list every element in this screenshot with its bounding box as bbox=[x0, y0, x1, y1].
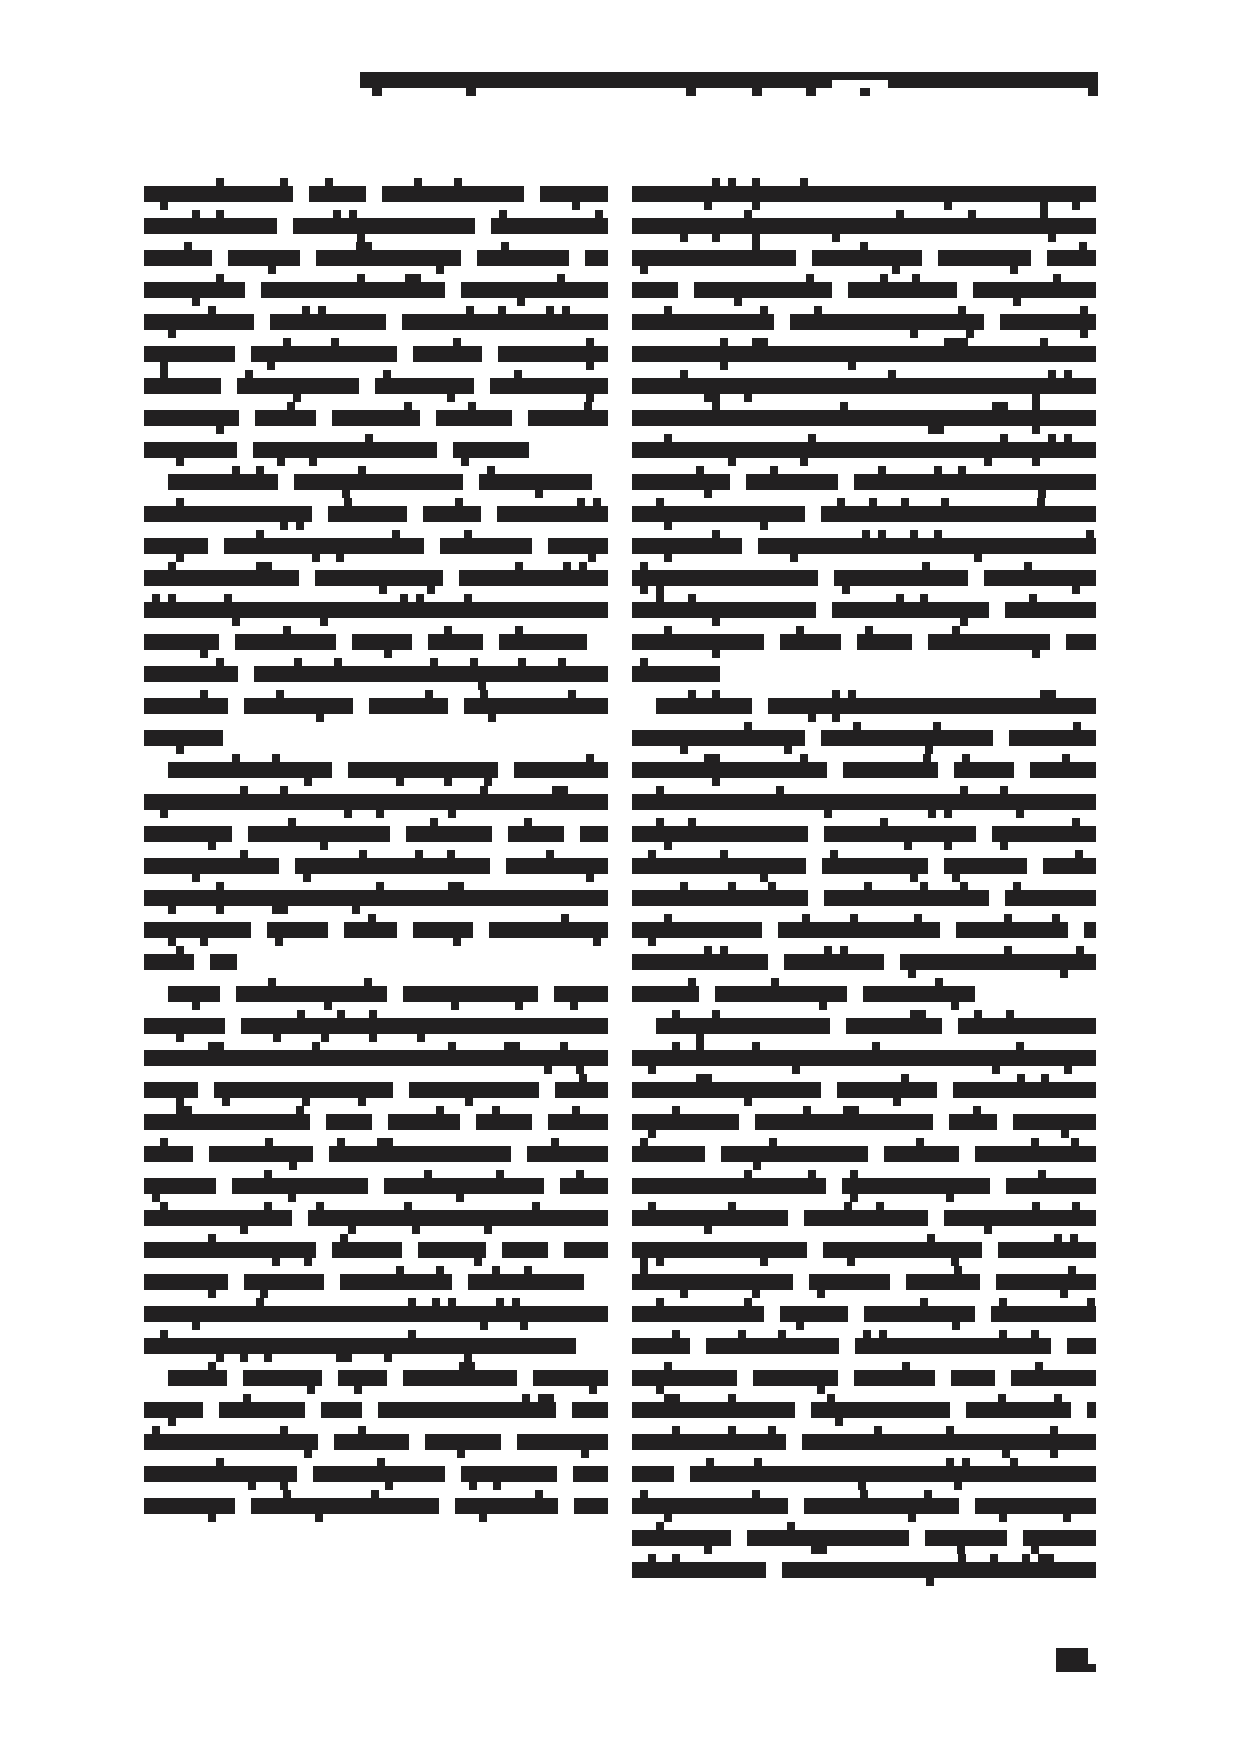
redacted-word bbox=[313, 1466, 445, 1482]
glyph-tick bbox=[424, 1170, 432, 1178]
glyph-tick bbox=[954, 1266, 962, 1274]
redacted-word bbox=[244, 698, 353, 714]
glyph-tick bbox=[796, 626, 804, 634]
glyph-tick bbox=[712, 650, 720, 658]
glyph-tick bbox=[232, 618, 240, 626]
glyph-tick bbox=[184, 1106, 192, 1114]
text-line bbox=[632, 850, 1096, 882]
glyph-tick bbox=[824, 810, 832, 818]
glyph-tick bbox=[744, 394, 752, 402]
glyph-tick bbox=[268, 978, 276, 986]
glyph-tick bbox=[383, 370, 391, 378]
redacted-word bbox=[857, 634, 912, 650]
redacted-word bbox=[144, 1466, 297, 1482]
redacted-word bbox=[403, 1370, 517, 1386]
text-line bbox=[144, 434, 608, 466]
glyph-tick bbox=[413, 274, 421, 282]
redacted-word bbox=[824, 890, 989, 906]
redacted-word bbox=[402, 314, 608, 330]
glyph-tick bbox=[307, 1386, 315, 1394]
glyph-tick bbox=[518, 658, 526, 666]
glyph-tick bbox=[1031, 1546, 1039, 1554]
glyph-tick bbox=[356, 242, 364, 250]
redacted-word bbox=[219, 1402, 305, 1418]
redacted-word bbox=[573, 1466, 608, 1482]
redacted-word bbox=[632, 602, 816, 618]
glyph-tick bbox=[276, 690, 284, 698]
glyph-tick bbox=[264, 1354, 272, 1362]
redacted-word bbox=[144, 666, 238, 682]
running-header-redacted-block bbox=[360, 72, 832, 88]
glyph-tick bbox=[974, 1010, 982, 1018]
glyph-tick bbox=[832, 714, 840, 722]
glyph-tick bbox=[240, 1226, 248, 1234]
glyph-tick bbox=[853, 722, 861, 730]
glyph-tick bbox=[479, 1514, 487, 1522]
glyph-tick bbox=[208, 1290, 216, 1298]
redacted-word bbox=[975, 1146, 1096, 1162]
redacted-word bbox=[632, 954, 768, 970]
glyph-tick bbox=[448, 810, 456, 818]
glyph-tick bbox=[960, 338, 968, 346]
redacted-word bbox=[1067, 1338, 1096, 1354]
glyph-tick bbox=[302, 306, 310, 314]
glyph-tick bbox=[168, 1418, 176, 1426]
glyph-tick bbox=[696, 1042, 704, 1050]
glyph-tick bbox=[800, 754, 808, 762]
redacted-word bbox=[375, 378, 474, 394]
glyph-tick bbox=[876, 1202, 884, 1210]
redacted-word bbox=[973, 282, 1096, 298]
redacted-word bbox=[548, 1114, 608, 1130]
glyph-tick bbox=[280, 178, 288, 186]
glyph-tick bbox=[160, 202, 168, 210]
glyph-tick bbox=[1050, 1450, 1058, 1458]
glyph-tick bbox=[850, 1170, 858, 1178]
glyph-tick bbox=[640, 1258, 648, 1266]
glyph-tick bbox=[593, 498, 601, 506]
glyph-tick bbox=[1013, 298, 1021, 306]
glyph-tick bbox=[469, 1482, 477, 1490]
glyph-tick bbox=[640, 562, 648, 570]
glyph-tick bbox=[546, 306, 554, 314]
redacted-word bbox=[572, 1402, 608, 1418]
redacted-word bbox=[768, 698, 1096, 714]
glyph-tick bbox=[515, 562, 523, 570]
glyph-tick bbox=[704, 1074, 712, 1082]
glyph-tick bbox=[320, 618, 328, 626]
glyph-tick bbox=[958, 1554, 966, 1562]
redacted-word bbox=[144, 410, 239, 426]
glyph-tick bbox=[558, 658, 566, 666]
glyph-tick bbox=[984, 1226, 992, 1234]
glyph-tick bbox=[385, 1138, 393, 1146]
redacted-word bbox=[632, 890, 808, 906]
glyph-tick bbox=[752, 1042, 760, 1050]
glyph-tick bbox=[384, 650, 392, 658]
redacted-word bbox=[144, 1274, 228, 1290]
glyph-tick bbox=[784, 746, 792, 754]
glyph-tick bbox=[796, 1322, 804, 1330]
glyph-tick bbox=[256, 466, 264, 474]
glyph-tick bbox=[415, 850, 423, 858]
redacted-word bbox=[585, 250, 608, 266]
text-line bbox=[632, 210, 1096, 242]
glyph-tick bbox=[303, 874, 311, 882]
glyph-tick bbox=[560, 1042, 568, 1050]
redacted-word bbox=[632, 826, 808, 842]
redacted-word bbox=[790, 314, 984, 330]
glyph-tick bbox=[515, 1002, 523, 1010]
redacted-word bbox=[938, 250, 1031, 266]
redacted-word bbox=[144, 250, 212, 266]
redacted-word bbox=[214, 1082, 393, 1098]
glyph-tick bbox=[1072, 202, 1080, 210]
glyph-tick bbox=[1080, 330, 1088, 338]
redacted-word bbox=[489, 922, 608, 938]
redacted-word bbox=[236, 986, 387, 1002]
glyph-tick bbox=[336, 1354, 344, 1362]
redacted-word bbox=[144, 922, 251, 938]
text-line bbox=[144, 1426, 608, 1458]
redacted-word bbox=[144, 1018, 225, 1034]
glyph-tick bbox=[860, 1490, 868, 1498]
glyph-tick bbox=[640, 1138, 648, 1146]
page-number bbox=[1056, 1648, 1096, 1672]
redacted-word bbox=[721, 1146, 868, 1162]
redacted-word bbox=[508, 826, 564, 842]
redacted-word bbox=[388, 1114, 460, 1130]
glyph-tick bbox=[546, 1394, 554, 1402]
redacted-word bbox=[384, 1178, 544, 1194]
redacted-word bbox=[144, 730, 223, 746]
glyph-tick bbox=[908, 1514, 916, 1522]
glyph-tick bbox=[865, 626, 873, 634]
glyph-tick bbox=[946, 1426, 954, 1434]
glyph-tick bbox=[265, 1138, 273, 1146]
running-header-glyph-tick bbox=[806, 88, 816, 96]
redacted-word bbox=[998, 1242, 1096, 1258]
glyph-tick bbox=[912, 274, 920, 282]
glyph-tick bbox=[946, 1458, 954, 1466]
glyph-tick bbox=[844, 1202, 852, 1210]
glyph-tick bbox=[928, 426, 936, 434]
glyph-tick bbox=[152, 1426, 160, 1434]
glyph-tick bbox=[896, 210, 904, 218]
glyph-tick bbox=[334, 658, 342, 666]
glyph-tick bbox=[1037, 498, 1045, 506]
glyph-tick bbox=[858, 1482, 866, 1490]
glyph-tick bbox=[664, 914, 672, 922]
glyph-tick bbox=[920, 1298, 928, 1306]
glyph-tick bbox=[933, 722, 941, 730]
text-line bbox=[632, 786, 1096, 818]
glyph-tick bbox=[176, 1106, 184, 1114]
redacted-word bbox=[382, 186, 524, 202]
glyph-tick bbox=[999, 1330, 1007, 1338]
redacted-word bbox=[632, 1338, 690, 1354]
glyph-tick bbox=[984, 458, 992, 466]
glyph-tick bbox=[832, 234, 840, 242]
glyph-tick bbox=[814, 306, 822, 314]
glyph-tick bbox=[414, 178, 422, 186]
glyph-tick bbox=[1062, 754, 1070, 762]
redacted-word bbox=[632, 410, 1096, 426]
glyph-tick bbox=[168, 594, 176, 602]
glyph-tick bbox=[640, 658, 648, 666]
text-line bbox=[632, 882, 1096, 914]
glyph-tick bbox=[704, 946, 712, 954]
glyph-tick bbox=[840, 946, 848, 954]
glyph-tick bbox=[951, 1258, 959, 1266]
redacted-word bbox=[244, 1274, 324, 1290]
redacted-word bbox=[459, 570, 608, 586]
glyph-tick bbox=[288, 818, 296, 826]
glyph-tick bbox=[990, 1554, 998, 1562]
glyph-tick bbox=[874, 1426, 882, 1434]
glyph-tick bbox=[1040, 338, 1048, 346]
page-number-glyph bbox=[1088, 1664, 1096, 1672]
glyph-tick bbox=[283, 626, 291, 634]
redacted-word bbox=[514, 762, 608, 778]
glyph-tick bbox=[1052, 914, 1060, 922]
glyph-tick bbox=[474, 1258, 482, 1266]
glyph-tick bbox=[787, 1522, 795, 1530]
glyph-tick bbox=[321, 1034, 329, 1042]
glyph-tick bbox=[359, 850, 367, 858]
glyph-tick bbox=[318, 306, 326, 314]
glyph-tick bbox=[448, 1298, 456, 1306]
glyph-tick bbox=[1031, 1330, 1039, 1338]
text-line bbox=[144, 1362, 608, 1394]
glyph-tick bbox=[848, 362, 856, 370]
glyph-tick bbox=[920, 882, 928, 890]
glyph-tick bbox=[712, 690, 720, 698]
glyph-tick bbox=[778, 1330, 786, 1338]
text-line bbox=[632, 1362, 1096, 1394]
glyph-tick bbox=[487, 466, 495, 474]
glyph-tick bbox=[827, 1394, 835, 1402]
glyph-tick bbox=[376, 882, 384, 890]
glyph-tick bbox=[696, 466, 704, 474]
redacted-word bbox=[782, 1562, 1096, 1578]
glyph-tick bbox=[289, 1162, 297, 1170]
redacted-word bbox=[925, 1530, 1007, 1546]
glyph-tick bbox=[999, 1514, 1007, 1522]
glyph-tick bbox=[412, 1226, 420, 1234]
glyph-tick bbox=[664, 434, 672, 442]
redacted-word bbox=[555, 1082, 608, 1098]
redacted-word bbox=[144, 538, 208, 554]
redacted-word bbox=[632, 1274, 793, 1290]
glyph-tick bbox=[808, 434, 816, 442]
redacted-word bbox=[144, 1242, 316, 1258]
redacted-word bbox=[241, 1018, 608, 1034]
glyph-tick bbox=[304, 1258, 312, 1266]
glyph-tick bbox=[272, 906, 280, 914]
glyph-tick bbox=[468, 402, 476, 410]
redacted-word bbox=[409, 1082, 539, 1098]
redacted-word bbox=[846, 1018, 942, 1034]
page-number-glyph bbox=[1056, 1648, 1088, 1672]
glyph-tick bbox=[1016, 810, 1024, 818]
glyph-tick bbox=[704, 1546, 712, 1554]
redacted-word bbox=[758, 538, 1096, 554]
glyph-tick bbox=[910, 530, 918, 538]
redacted-word bbox=[823, 1242, 982, 1258]
glyph-tick bbox=[752, 242, 760, 250]
glyph-tick bbox=[1040, 202, 1048, 210]
glyph-tick bbox=[344, 498, 352, 506]
running-header-glyph-tick bbox=[860, 88, 870, 96]
redacted-word bbox=[632, 634, 764, 650]
glyph-tick bbox=[1032, 426, 1040, 434]
glyph-tick bbox=[484, 778, 492, 786]
redacted-word bbox=[210, 954, 237, 970]
redacted-word bbox=[632, 506, 805, 522]
glyph-tick bbox=[656, 1298, 664, 1306]
glyph-tick bbox=[872, 1042, 880, 1050]
glyph-tick bbox=[256, 562, 264, 570]
redacted-word bbox=[144, 602, 608, 618]
glyph-tick bbox=[1086, 530, 1094, 538]
redacted-word bbox=[294, 474, 463, 490]
glyph-tick bbox=[280, 906, 288, 914]
glyph-tick bbox=[243, 1394, 251, 1402]
glyph-tick bbox=[216, 426, 224, 434]
glyph-tick bbox=[240, 786, 248, 794]
glyph-tick bbox=[924, 1490, 932, 1498]
glyph-tick bbox=[837, 498, 845, 506]
glyph-tick bbox=[432, 1298, 440, 1306]
redacted-word bbox=[144, 1338, 576, 1354]
redacted-word bbox=[811, 1402, 950, 1418]
text-line bbox=[144, 562, 608, 594]
glyph-tick bbox=[168, 330, 176, 338]
glyph-tick bbox=[712, 402, 720, 410]
glyph-tick bbox=[316, 714, 324, 722]
glyph-tick bbox=[245, 370, 253, 378]
glyph-tick bbox=[896, 594, 904, 602]
glyph-tick bbox=[753, 1162, 761, 1170]
redacted-word bbox=[747, 1530, 909, 1546]
redacted-word bbox=[949, 1114, 997, 1130]
glyph-tick bbox=[1048, 434, 1056, 442]
glyph-tick bbox=[664, 1362, 672, 1370]
glyph-tick bbox=[817, 1290, 825, 1298]
glyph-tick bbox=[576, 1170, 584, 1178]
glyph-tick bbox=[277, 458, 285, 466]
redacted-word bbox=[966, 1402, 1071, 1418]
redacted-word bbox=[228, 250, 300, 266]
redacted-word bbox=[854, 1370, 935, 1386]
redacted-word bbox=[237, 378, 359, 394]
glyph-tick bbox=[800, 458, 808, 466]
glyph-tick bbox=[999, 1298, 1007, 1306]
text-line bbox=[144, 338, 608, 370]
text-line bbox=[144, 594, 608, 626]
glyph-tick bbox=[312, 554, 320, 562]
glyph-tick bbox=[768, 882, 776, 890]
glyph-tick bbox=[648, 938, 656, 946]
glyph-tick bbox=[1038, 1170, 1046, 1178]
redacted-word bbox=[321, 1402, 362, 1418]
glyph-tick bbox=[744, 210, 752, 218]
redacted-word bbox=[755, 1114, 933, 1130]
glyph-tick bbox=[176, 1034, 184, 1042]
glyph-tick bbox=[850, 914, 858, 922]
redacted-word bbox=[706, 1338, 839, 1354]
glyph-tick bbox=[712, 234, 720, 242]
glyph-tick bbox=[152, 594, 160, 602]
glyph-tick bbox=[760, 1258, 768, 1266]
text-line bbox=[144, 178, 608, 210]
redacted-word bbox=[423, 506, 481, 522]
redacted-word bbox=[991, 1306, 1096, 1322]
glyph-tick bbox=[280, 786, 288, 794]
redacted-word bbox=[560, 1178, 608, 1194]
glyph-tick bbox=[944, 202, 952, 210]
redacted-word bbox=[498, 346, 608, 362]
text-line bbox=[144, 242, 608, 274]
glyph-tick bbox=[1024, 562, 1032, 570]
glyph-tick bbox=[200, 938, 208, 946]
glyph-tick bbox=[294, 658, 302, 666]
glyph-tick bbox=[1004, 914, 1012, 922]
redacted-word bbox=[425, 1434, 501, 1450]
glyph-tick bbox=[998, 1394, 1006, 1402]
text-line bbox=[144, 1330, 608, 1362]
glyph-tick bbox=[400, 594, 408, 602]
glyph-tick bbox=[312, 1042, 320, 1050]
glyph-tick bbox=[704, 1226, 712, 1234]
glyph-tick bbox=[848, 690, 856, 698]
glyph-tick bbox=[232, 754, 240, 762]
glyph-tick bbox=[192, 1002, 200, 1010]
glyph-tick bbox=[769, 1138, 777, 1146]
glyph-tick bbox=[256, 1298, 264, 1306]
glyph-tick bbox=[648, 1202, 656, 1210]
text-line bbox=[144, 1202, 608, 1234]
glyph-tick bbox=[512, 1042, 520, 1050]
redacted-word bbox=[632, 346, 1096, 362]
glyph-tick bbox=[862, 530, 870, 538]
glyph-tick bbox=[706, 1458, 714, 1466]
glyph-tick bbox=[952, 1322, 960, 1330]
text-line bbox=[632, 466, 1096, 498]
redacted-word bbox=[1087, 1402, 1096, 1418]
glyph-tick bbox=[960, 786, 968, 794]
glyph-tick bbox=[586, 362, 594, 370]
glyph-tick bbox=[216, 1042, 224, 1050]
glyph-tick bbox=[576, 1066, 584, 1074]
glyph-tick bbox=[1070, 1234, 1078, 1242]
redacted-word bbox=[690, 1466, 1096, 1482]
redacted-word bbox=[837, 1082, 937, 1098]
glyph-tick bbox=[176, 458, 184, 466]
text-line bbox=[632, 434, 1096, 466]
glyph-tick bbox=[954, 1482, 962, 1490]
glyph-tick bbox=[1041, 1074, 1049, 1082]
glyph-tick bbox=[588, 554, 596, 562]
redacted-word bbox=[956, 922, 1068, 938]
glyph-tick bbox=[754, 1458, 762, 1466]
text-line bbox=[144, 1490, 608, 1522]
glyph-tick bbox=[1016, 1042, 1024, 1050]
text-line bbox=[632, 1138, 1096, 1170]
glyph-tick bbox=[552, 786, 560, 794]
redacted-word bbox=[632, 1498, 788, 1514]
